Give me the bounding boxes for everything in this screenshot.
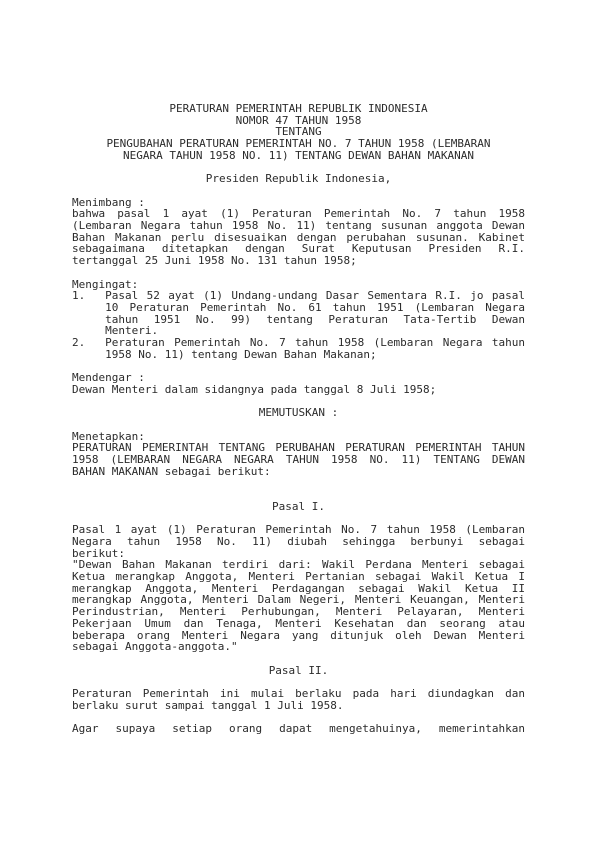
line-text: Agar supaya setiap orang dapat mengetahu…	[72, 722, 525, 735]
line-text: tahun 1951 No. 99) tentang Peraturan Tat…	[105, 313, 525, 326]
blank-line	[72, 477, 525, 489]
text-line: 1958 No. 11) tentang Dewan Bahan Makanan…	[72, 349, 525, 361]
line-text: Negara tahun 1958 No. 11) diubah sehingg…	[72, 535, 525, 548]
line-text: sebagai Anggota-anggota."	[72, 640, 238, 653]
text-line: tertanggal 25 Juni 1958 No. 131 tahun 19…	[72, 255, 525, 267]
line-text: berlaku surut sampai tanggal 1 Juli 1958…	[72, 699, 344, 712]
text-line: Negara tahun 1958 No. 11) diubah sehingg…	[72, 536, 525, 548]
memutuskan-heading: MEMUTUSKAN :	[72, 407, 525, 419]
presiden-heading: Presiden Republik Indonesia,	[72, 173, 525, 185]
list-marker: 1.	[72, 290, 85, 302]
line-text: Dewan Menteri dalam sidangnya pada tangg…	[72, 383, 436, 396]
pasal-ii-heading: Pasal II.	[72, 665, 525, 677]
line-text: Presiden Republik Indonesia,	[206, 172, 391, 185]
text-line: berlaku surut sampai tanggal 1 Juli 1958…	[72, 700, 525, 712]
pasal-i-heading: Pasal I.	[72, 501, 525, 513]
text-line: BAHAN MAKANAN sebagai berikut:	[72, 466, 525, 478]
text-line: sebagai Anggota-anggota."	[72, 641, 525, 653]
doc-title-line: NEGARA TAHUN 1958 NO. 11) TENTANG DEWAN …	[72, 150, 525, 162]
line-text: NEGARA TAHUN 1958 NO. 11) TENTANG DEWAN …	[123, 149, 474, 162]
line-text: BAHAN MAKANAN sebagai berikut:	[72, 465, 271, 478]
text-line: Agar supaya setiap orang dapat mengetahu…	[72, 723, 525, 735]
line-text: Pasal II.	[269, 664, 329, 677]
list-marker: 2.	[72, 337, 85, 349]
line-text: 1958 No. 11) tentang Dewan Bahan Makanan…	[105, 348, 377, 361]
line-text: Pasal I.	[272, 500, 325, 513]
document-body: PERATURAN PEMERINTAH REPUBLIK INDONESIAN…	[72, 103, 525, 735]
blank-line	[72, 267, 525, 279]
document-page: PERATURAN PEMERINTAH REPUBLIK INDONESIAN…	[0, 0, 595, 842]
line-text: tertanggal 25 Juni 1958 No. 131 tahun 19…	[72, 254, 357, 267]
line-text: MEMUTUSKAN :	[259, 406, 338, 419]
text-line: Dewan Menteri dalam sidangnya pada tangg…	[72, 384, 525, 396]
